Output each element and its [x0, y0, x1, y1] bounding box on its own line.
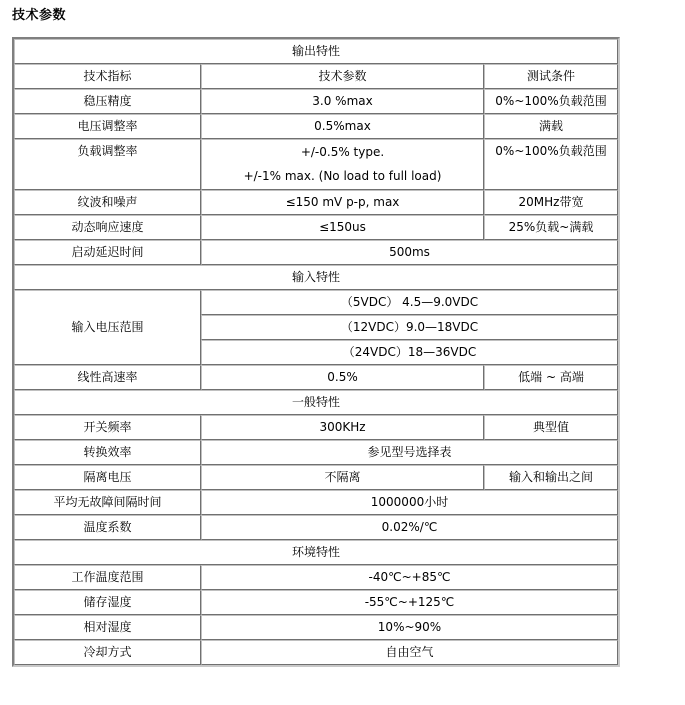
- row-label: 动态响应速度: [14, 215, 201, 240]
- row-label: 输入电压范围: [14, 290, 201, 365]
- row-value: 0.5%: [201, 365, 484, 390]
- row-value: 1000000小时: [201, 490, 618, 515]
- row-label: 温度系数: [14, 515, 201, 540]
- row-value: （12VDC）9.0—18VDC: [201, 315, 618, 340]
- table-row: 平均无故障间隔时间 1000000小时: [14, 490, 618, 515]
- table-row: 温度系数 0.02%/℃: [14, 515, 618, 540]
- row-label: 稳压精度: [14, 89, 201, 114]
- row-condition: 低端 ~ 高端: [484, 365, 618, 390]
- section-header-row: 一般特性: [14, 390, 618, 415]
- table-row: 动态响应速度 ≤150us 25%负载~满载: [14, 215, 618, 240]
- table-row: 冷却方式 自由空气: [14, 640, 618, 665]
- column-header-row: 技术指标 技术参数 测试条件: [14, 64, 618, 89]
- row-label: 线性高速率: [14, 365, 201, 390]
- row-label: 工作温度范围: [14, 565, 201, 590]
- row-value: ≤150 mV p-p, max: [201, 190, 484, 215]
- row-value: -40℃~+85℃: [201, 565, 618, 590]
- row-value: 0.02%/℃: [201, 515, 618, 540]
- row-label: 转换效率: [14, 440, 201, 465]
- row-label: 纹波和噪声: [14, 190, 201, 215]
- row-value: 3.0 %max: [201, 89, 484, 114]
- table-row: 隔离电压 不隔离 输入和输出之间: [14, 465, 618, 490]
- row-condition: 输入和输出之间: [484, 465, 618, 490]
- row-value: （5VDC） 4.5—9.0VDC: [201, 290, 618, 315]
- col-header-spec: 技术指标: [14, 64, 201, 89]
- table-row: 线性高速率 0.5% 低端 ~ 高端: [14, 365, 618, 390]
- row-label: 平均无故障间隔时间: [14, 490, 201, 515]
- row-condition: 0%~100%负载范围: [484, 89, 618, 114]
- table-row: 稳压精度 3.0 %max 0%~100%负载范围: [14, 89, 618, 114]
- section-header-row: 环境特性: [14, 540, 618, 565]
- row-label: 电压调整率: [14, 114, 201, 139]
- col-header-param: 技术参数: [201, 64, 484, 89]
- row-label: 开关频率: [14, 415, 201, 440]
- page-title: 技术参数: [12, 4, 66, 23]
- col-header-condition: 测试条件: [484, 64, 618, 89]
- section-header-row: 输入特性: [14, 265, 618, 290]
- row-condition: 满载: [484, 114, 618, 139]
- row-value: 参见型号选择表: [201, 440, 618, 465]
- row-value: （24VDC）18—36VDC: [201, 340, 618, 365]
- row-value: 10%~90%: [201, 615, 618, 640]
- table-row: 相对湿度 10%~90%: [14, 615, 618, 640]
- table-row: 电压调整率 0.5%max 满载: [14, 114, 618, 139]
- table-row: 转换效率 参见型号选择表: [14, 440, 618, 465]
- section-header-row: 输出特性: [14, 39, 618, 64]
- table-row: 负载调整率 +/-0.5% type. +/-1% max. (No load …: [14, 139, 618, 190]
- row-condition: 典型值: [484, 415, 618, 440]
- row-label: 相对湿度: [14, 615, 201, 640]
- row-label: 储存湿度: [14, 590, 201, 615]
- row-label: 隔离电压: [14, 465, 201, 490]
- table-row: 纹波和噪声 ≤150 mV p-p, max 20MHz带宽: [14, 190, 618, 215]
- row-value: 不隔离: [201, 465, 484, 490]
- table-row: 储存湿度 -55℃~+125℃: [14, 590, 618, 615]
- section-header-input: 输入特性: [14, 265, 618, 290]
- table-row: 输入电压范围 （5VDC） 4.5—9.0VDC: [14, 290, 618, 315]
- table-row: 开关频率 300KHz 典型值: [14, 415, 618, 440]
- row-value: 0.5%max: [201, 114, 484, 139]
- row-value: ≤150us: [201, 215, 484, 240]
- table-row: 工作温度范围 -40℃~+85℃: [14, 565, 618, 590]
- table-row: 启动延迟时间 500ms: [14, 240, 618, 265]
- row-label: 冷却方式: [14, 640, 201, 665]
- row-value-line1: +/-0.5% type.: [202, 140, 483, 164]
- spec-table: 输出特性 技术指标 技术参数 测试条件 稳压精度 3.0 %max 0%~100…: [12, 37, 620, 667]
- row-value: +/-0.5% type. +/-1% max. (No load to ful…: [201, 139, 484, 190]
- row-label: 负载调整率: [14, 139, 201, 190]
- row-condition: 25%负载~满载: [484, 215, 618, 240]
- row-value: 300KHz: [201, 415, 484, 440]
- row-value-line2: +/-1% max. (No load to full load): [202, 164, 483, 188]
- row-value: -55℃~+125℃: [201, 590, 618, 615]
- row-condition: 20MHz带宽: [484, 190, 618, 215]
- section-header-output: 输出特性: [14, 39, 618, 64]
- section-header-environment: 环境特性: [14, 540, 618, 565]
- row-value: 500ms: [201, 240, 618, 265]
- row-value: 自由空气: [201, 640, 618, 665]
- row-label: 启动延迟时间: [14, 240, 201, 265]
- section-header-general: 一般特性: [14, 390, 618, 415]
- row-condition: 0%~100%负载范围: [484, 139, 618, 190]
